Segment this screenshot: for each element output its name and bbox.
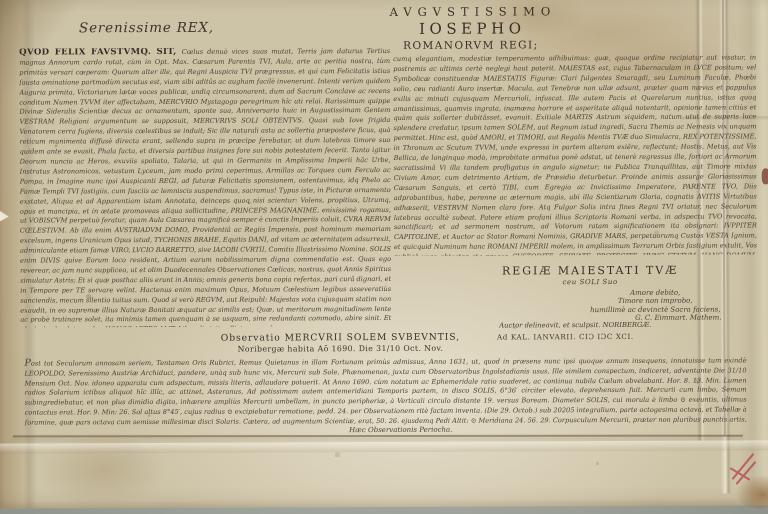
- observation-subheading: Noribergæ habita Aō 1690. Die 31/10 Oct.…: [20, 343, 660, 355]
- document-paper: Serenissime REX, AVGVSTISSIMO IOSEPHO RO…: [0, 0, 768, 509]
- engraving-content: Serenissime REX, AVGVSTISSIMO IOSEPHO RO…: [0, 0, 768, 514]
- dedication-title: AVGVSTISSIMO IOSEPHO ROMANORVM REGI;: [347, 4, 593, 52]
- left-column-incipit: QVOD FELIX FAVSTVMQ. SIT,: [19, 47, 182, 58]
- observation-body: Post tot Seculorum annosam seriem, Tenta…: [24, 355, 746, 428]
- signature-block: Amore debito, Timore non improbo, humill…: [555, 288, 755, 322]
- address-heading: REGIÆ MAIESTATI TVÆ: [440, 263, 740, 277]
- right-column-text: cumq elegantiam, modestiæ temperamento a…: [393, 53, 757, 256]
- salutation: Serenissime REX,: [79, 20, 229, 37]
- title-line-augustissimo: AVGVSTISSIMO: [347, 4, 593, 19]
- colophon-author-line: Auctor delineavit, et sculpsit. NORIBERG…: [455, 321, 695, 330]
- left-column-text: QVOD FELIX FAVSTVMQ. SIT, Cœlus denuò vi…: [19, 47, 391, 328]
- address-subheading: ceu SOLI Suo: [440, 277, 740, 286]
- title-line-iosepho: IOSEPHO: [347, 19, 593, 38]
- left-column-body: Cœlus denuò vices suas mutat, Terris jam…: [19, 47, 391, 328]
